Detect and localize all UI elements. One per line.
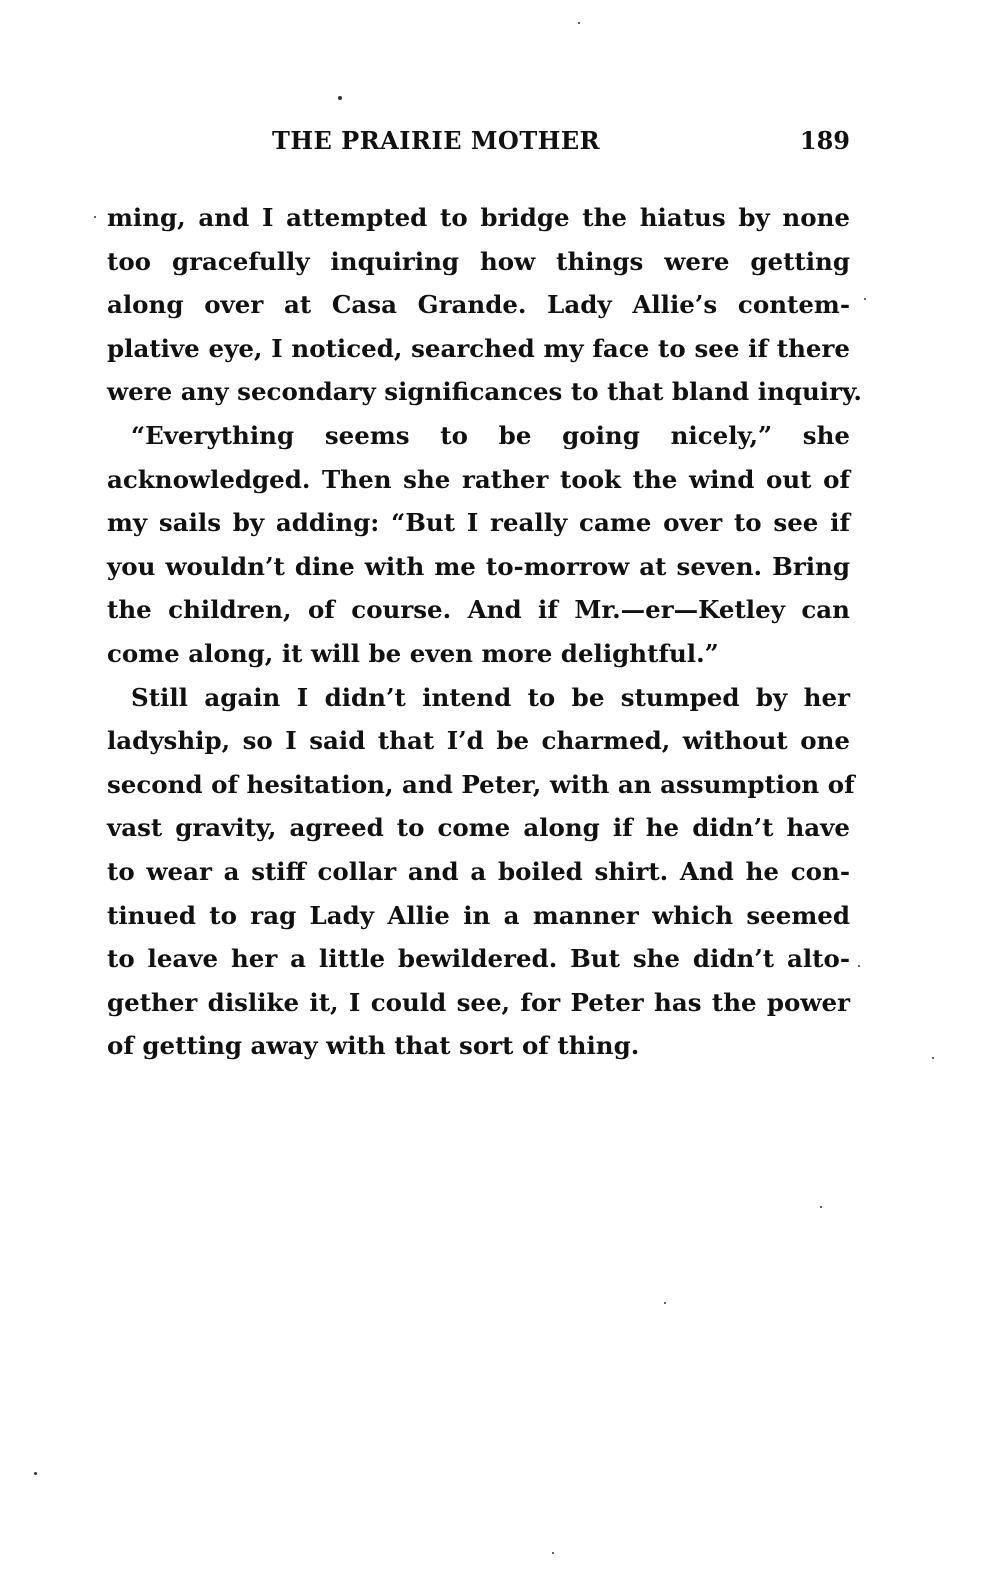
scan-speck bbox=[338, 96, 342, 100]
text-line: the children, of course. And if Mr.—er—K… bbox=[107, 588, 850, 632]
text-line: ming, and I attempted to bridge the hiat… bbox=[107, 196, 850, 240]
scan-speck bbox=[34, 1472, 37, 1475]
text-line: Still again I didn’t intend to be stumpe… bbox=[107, 676, 850, 720]
page-number: 189 bbox=[800, 126, 850, 155]
scan-speck bbox=[820, 1206, 822, 1208]
scan-speck bbox=[864, 298, 866, 300]
text-line: gether dislike it, I could see, for Pete… bbox=[107, 981, 850, 1025]
text-line: too gracefully inquiring how things were… bbox=[107, 240, 850, 284]
scan-speck bbox=[552, 1552, 554, 1554]
text-line: come along, it will be even more delight… bbox=[107, 632, 850, 676]
text-line: to leave her a little bewildered. But sh… bbox=[107, 937, 850, 981]
book-title: THE PRAIRIE MOTHER bbox=[272, 126, 600, 155]
text-line: acknowledged. Then she rather took the w… bbox=[107, 458, 850, 502]
text-line: plative eye, I noticed, searched my face… bbox=[107, 327, 850, 371]
scan-speck bbox=[578, 22, 580, 24]
text-line: vast gravity, agreed to come along if he… bbox=[107, 806, 850, 850]
paragraph-1: ming, and I attempted to bridge the hiat… bbox=[107, 196, 850, 414]
paragraph-2: “Everything seems to be going nicely,” s… bbox=[107, 414, 850, 676]
book-page: THE PRAIRIE MOTHER 189 ming, and I attem… bbox=[0, 0, 1000, 1580]
text-line: “Everything seems to be going nicely,” s… bbox=[107, 414, 850, 458]
running-head: THE PRAIRIE MOTHER 189 bbox=[107, 126, 850, 166]
scan-speck bbox=[94, 216, 96, 218]
text-line: to wear a stiff collar and a boiled shir… bbox=[107, 850, 850, 894]
scan-speck bbox=[664, 1302, 666, 1304]
text-line: along over at Casa Grande. Lady Allie’s … bbox=[107, 283, 850, 327]
text-line: my sails by adding: “But I really came o… bbox=[107, 501, 850, 545]
text-line: you wouldn’t dine with me to-morrow at s… bbox=[107, 545, 850, 589]
text-line: were any secondary significances to that… bbox=[107, 370, 850, 414]
text-line: second of hesitation, and Peter, with an… bbox=[107, 763, 850, 807]
paragraph-3: Still again I didn’t intend to be stumpe… bbox=[107, 676, 850, 1068]
scan-speck bbox=[932, 1057, 934, 1059]
text-line: tinued to rag Lady Allie in a manner whi… bbox=[107, 894, 850, 938]
text-line: ladyship, so I said that I’d be charmed,… bbox=[107, 719, 850, 763]
text-line: of getting away with that sort of thing. bbox=[107, 1024, 850, 1068]
body-text: ming, and I attempted to bridge the hiat… bbox=[107, 196, 850, 1068]
scan-speck bbox=[858, 965, 860, 967]
